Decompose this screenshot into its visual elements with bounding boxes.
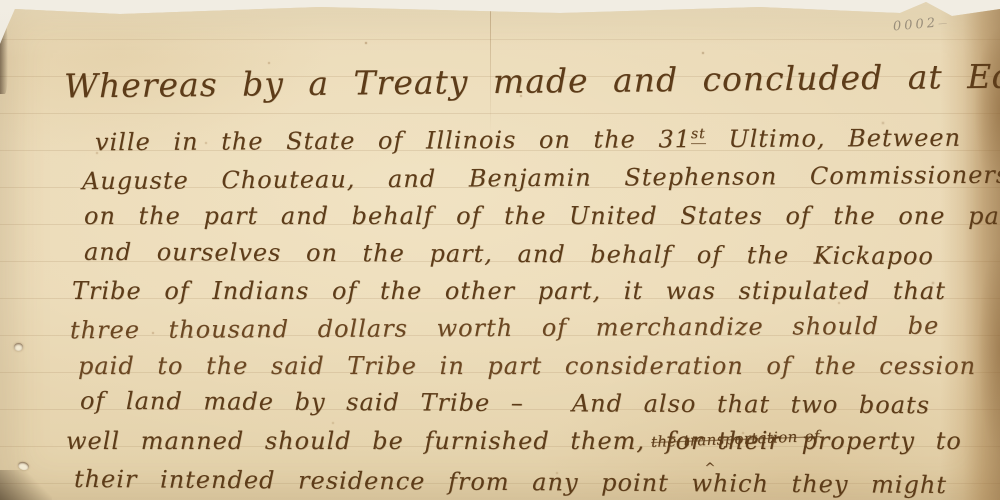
line-text: and ourselves on the part, and behalf of… — [84, 238, 934, 270]
manuscript-line: of land made by said Tribe –And also tha… — [80, 389, 930, 417]
left-edge-shadow — [0, 22, 8, 94]
foxing-speckles — [0, 0, 2, 2]
manuscript-line: Whereas by a Treaty made and concluded a… — [64, 58, 1000, 102]
line-text: ville in the State of Illinois on the 31 — [95, 125, 691, 156]
line-text: And also that two boats — [572, 389, 930, 419]
manuscript-line: Tribe of Indians of the other part, it w… — [72, 279, 946, 303]
superscript-ordinal: st — [691, 126, 706, 144]
manuscript-line: ville in the State of Illinois on the 31… — [95, 126, 961, 155]
line-text: of land made by said Tribe – — [80, 387, 524, 417]
manuscript-line: and ourselves on the part, and behalf of… — [84, 240, 934, 268]
line-text: Tribe of Indians of the other part, it w… — [72, 277, 946, 305]
manuscript-line: well manned should be furnished them, fo… — [66, 429, 962, 453]
paper-fade — [0, 0, 1000, 58]
bottom-left-corner-shadow — [0, 470, 52, 500]
manuscript-line: on the part and behalf of the United Sta… — [84, 204, 1000, 228]
line-text: well manned should be furnished them, fo… — [66, 427, 703, 455]
line-text: on the part and behalf of the United Sta… — [84, 202, 1000, 230]
manuscript-line: paid to the said Tribe in part considera… — [78, 354, 976, 378]
manuscript-line: Auguste Chouteau, and Benjamin Stephenso… — [82, 163, 1000, 193]
punch-hole — [14, 343, 23, 351]
line-text: paid to the said Tribe in part considera… — [78, 352, 976, 380]
manuscript-line: three thousand dollars worth of merchand… — [70, 314, 939, 343]
manuscript-page: 0002 Whereas by a Treaty made and conclu… — [0, 0, 1000, 500]
manuscript-line: their intended residence from any point … — [74, 467, 947, 497]
scan-background: 0002 Whereas by a Treaty made and conclu… — [0, 0, 1000, 500]
line-text: three thousand dollars worth of merchand… — [70, 312, 939, 345]
line-text: Ultimo, Between — [706, 124, 961, 153]
